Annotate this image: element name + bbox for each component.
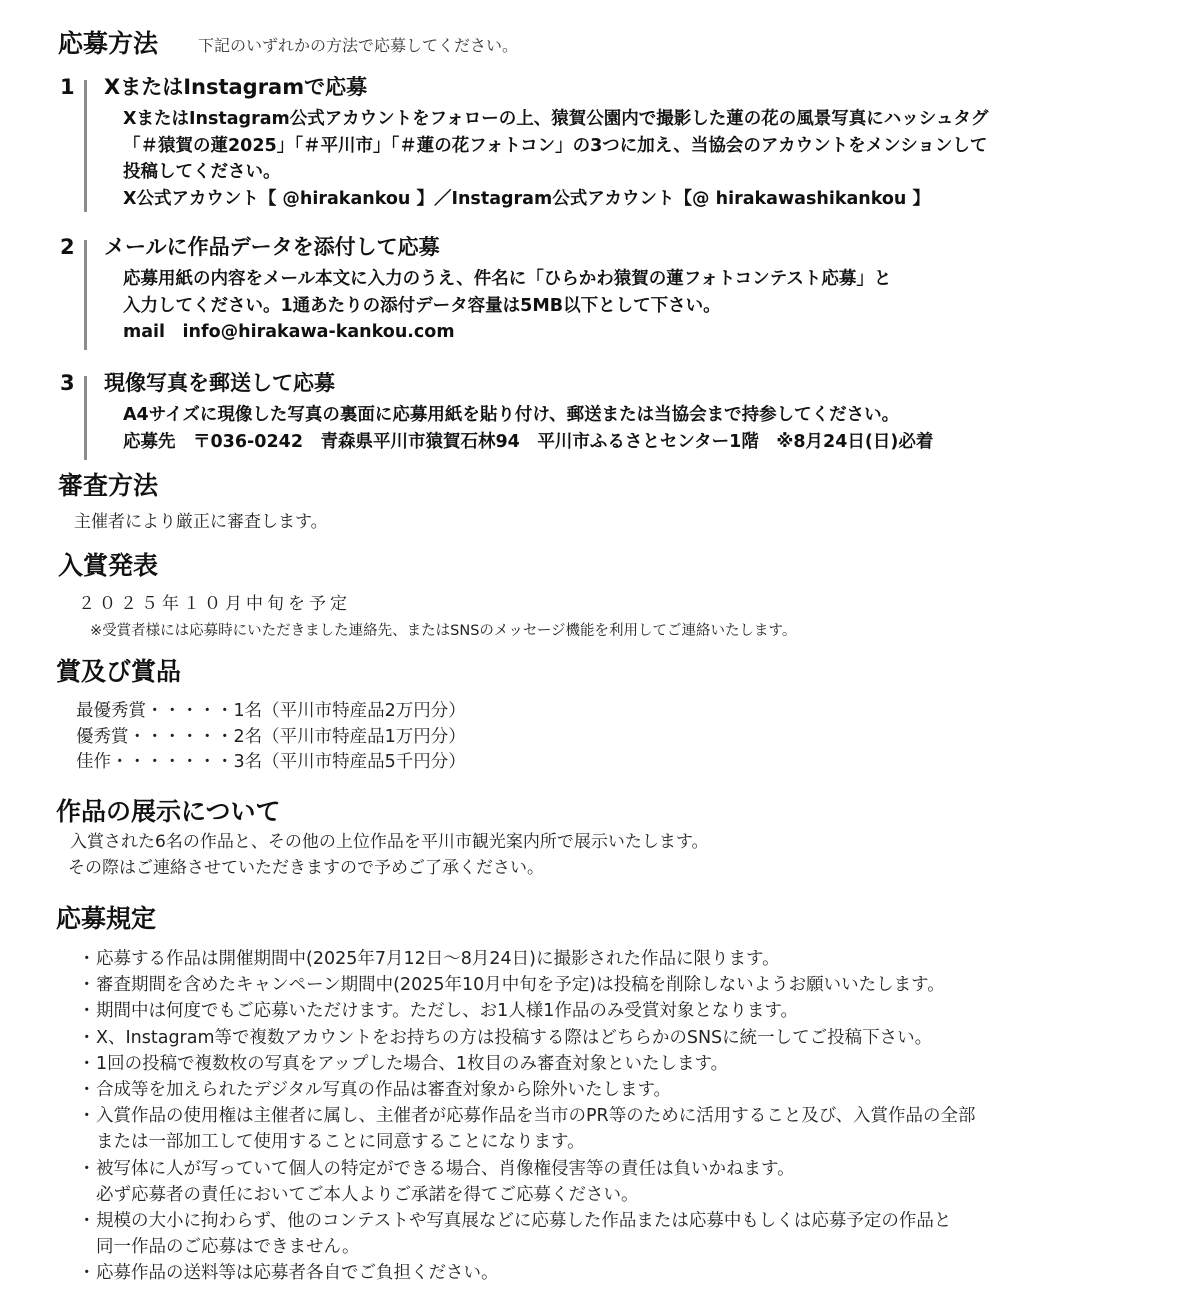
method-number: 2: [60, 234, 75, 260]
method-divider-bar: [84, 240, 87, 350]
method-body: 応募用紙の内容をメール本文に入力のうえ、件名に「ひらかわ猿賀の蓮フォトコンテスト…: [123, 266, 891, 346]
rule-item: ・ 合成等を加えられたデジタル写真の作品は審査対象から除外いたします。: [78, 1077, 976, 1103]
judging-text: 主催者により厳正に審査します。: [74, 510, 328, 535]
section-heading-prizes: 賞及び賞品: [56, 657, 181, 687]
announcement-note: ※受賞者様には応募時にいただきました連絡先、またはSNSのメッセージ機能を利用し…: [90, 621, 796, 641]
section-heading-judging: 審査方法: [58, 471, 158, 501]
section-heading-announcement: 入賞発表: [58, 551, 158, 581]
rule-line: 審査期間を含めたキャンペーン期間中(2025年10月中旬を予定)は投稿を削除しな…: [96, 972, 976, 998]
method-line: 入力してください。1通あたりの添付データ容量は5MB以下として下さい。: [123, 293, 891, 320]
method-title: XまたはInstagramで応募: [104, 74, 367, 100]
bullet-icon: ・: [78, 972, 96, 998]
rule-item: ・ 応募する作品は開催期間中(2025年7月12日～8月24日)に撮影された作品…: [78, 946, 976, 972]
section-heading-application-methods: 応募方法: [58, 29, 158, 59]
rule-line: 期間中は何度でもご応募いただけます。ただし、お1人様1作品のみ受賞対象となります…: [96, 998, 976, 1024]
prize-list: 最優秀賞・・・・・1名（平川市特産品2万円分） 優秀賞・・・・・・2名（平川市特…: [76, 699, 466, 776]
bullet-icon: ・: [78, 946, 96, 972]
rule-line: 必ず応募者の責任においてご本人よりご承諾を得てご応募ください。: [96, 1182, 976, 1208]
rules-list: ・ 応募する作品は開催期間中(2025年7月12日～8月24日)に撮影された作品…: [78, 946, 976, 1287]
rule-item: ・ X、Instagram等で複数アカウントをお持ちの方は投稿する際はどちらかの…: [78, 1025, 976, 1051]
bullet-icon: ・: [78, 1103, 96, 1129]
rule-line: 応募する作品は開催期間中(2025年7月12日～8月24日)に撮影された作品に限…: [96, 946, 976, 972]
method-title: 現像写真を郵送して応募: [104, 370, 335, 396]
method-body: XまたはInstagram公式アカウントをフォローの上、猿賀公園内で撮影した蓮の…: [123, 106, 988, 212]
method-line: 投稿してください。: [123, 159, 988, 186]
method-divider-bar: [84, 376, 87, 460]
prize-item-grand: 最優秀賞・・・・・1名（平川市特産品2万円分）: [76, 699, 466, 725]
rule-line: 合成等を加えられたデジタル写真の作品は審査対象から除外いたします。: [96, 1077, 976, 1103]
method-divider-bar: [84, 80, 87, 212]
bullet-icon: ・: [78, 1156, 96, 1182]
method-line: A4サイズに現像した写真の裏面に応募用紙を貼り付け、郵送または当協会まで持参して…: [123, 402, 933, 429]
bullet-icon: ・: [78, 1051, 96, 1077]
method-line: XまたはInstagram公式アカウントをフォローの上、猿賀公園内で撮影した蓮の…: [123, 106, 988, 133]
method-line-email: mail info@hirakawa-kankou.com: [123, 319, 891, 346]
exhibition-line: 入賞された6名の作品と、その他の上位作品を平川市観光案内所で展示いたします。: [70, 830, 708, 855]
rule-item: ・ 応募作品の送料等は応募者各自でご負担ください。: [78, 1260, 976, 1286]
rule-item: ・ 入賞作品の使用権は主催者に属し、主催者が応募作品を当市のPR等のために活用す…: [78, 1103, 976, 1155]
rule-item: ・ 期間中は何度でもご応募いただけます。ただし、お1人様1作品のみ受賞対象となり…: [78, 998, 976, 1024]
bullet-icon: ・: [78, 1208, 96, 1234]
rule-item: ・ 被写体に人が写っていて個人の特定ができる場合、肖像権侵害等の責任は負いかねま…: [78, 1156, 976, 1208]
method-number: 3: [60, 370, 75, 396]
method-body: A4サイズに現像した写真の裏面に応募用紙を貼り付け、郵送または当協会まで持参して…: [123, 402, 933, 455]
bullet-icon: ・: [78, 998, 96, 1024]
rule-line: 入賞作品の使用権は主催者に属し、主催者が応募作品を当市のPR等のために活用するこ…: [96, 1103, 976, 1129]
rule-line: 同一作品のご応募はできません。: [96, 1234, 976, 1260]
section-heading-rules: 応募規定: [56, 904, 156, 934]
rule-item: ・ 1回の投稿で複数枚の写真をアップした場合、1枚目のみ審査対象といたします。: [78, 1051, 976, 1077]
prize-item-honorable: 佳作・・・・・・・3名（平川市特産品5千円分）: [76, 750, 466, 776]
bullet-icon: ・: [78, 1077, 96, 1103]
method-line: 応募用紙の内容をメール本文に入力のうえ、件名に「ひらかわ猿賀の蓮フォトコンテスト…: [123, 266, 891, 293]
method-title: メールに作品データを添付して応募: [104, 234, 440, 260]
section-subheading: 下記のいずれかの方法で応募してください。: [198, 36, 518, 56]
bullet-icon: ・: [78, 1025, 96, 1051]
exhibition-line: その際はご連絡させていただきますので予めご了承ください。: [68, 856, 544, 881]
method-number: 1: [60, 74, 75, 100]
rule-line: 被写体に人が写っていて個人の特定ができる場合、肖像権侵害等の責任は負いかねます。: [96, 1156, 976, 1182]
rule-line: 1回の投稿で複数枚の写真をアップした場合、1枚目のみ審査対象といたします。: [96, 1051, 976, 1077]
rule-line: 規模の大小に拘わらず、他のコンテストや写真展などに応募した作品または応募中もしく…: [96, 1208, 976, 1234]
prize-item-excellence: 優秀賞・・・・・・2名（平川市特産品1万円分）: [76, 725, 466, 751]
rule-item: ・ 審査期間を含めたキャンペーン期間中(2025年10月中旬を予定)は投稿を削除…: [78, 972, 976, 998]
bullet-icon: ・: [78, 1260, 96, 1286]
rule-line: X、Instagram等で複数アカウントをお持ちの方は投稿する際はどちらかのSN…: [96, 1025, 976, 1051]
method-line: 「＃猿賀の蓮2025」「＃平川市」「＃蓮の花フォトコン」の3つに加え、当協会のア…: [123, 133, 988, 160]
announcement-date: ２０２５年１０月中旬を予定: [78, 592, 351, 617]
section-heading-exhibition: 作品の展示について: [56, 797, 281, 827]
rule-item: ・ 規模の大小に拘わらず、他のコンテストや写真展などに応募した作品または応募中も…: [78, 1208, 976, 1260]
method-line-accounts: X公式アカウント【 @hirakankou 】／Instagram公式アカウント…: [123, 186, 988, 213]
rule-line: または一部加工して使用することに同意することになります。: [96, 1129, 976, 1155]
rule-line: 応募作品の送料等は応募者各自でご負担ください。: [96, 1260, 976, 1286]
method-line-address: 応募先 〒036-0242 青森県平川市猿賀石林94 平川市ふるさとセンター1階…: [123, 429, 933, 456]
